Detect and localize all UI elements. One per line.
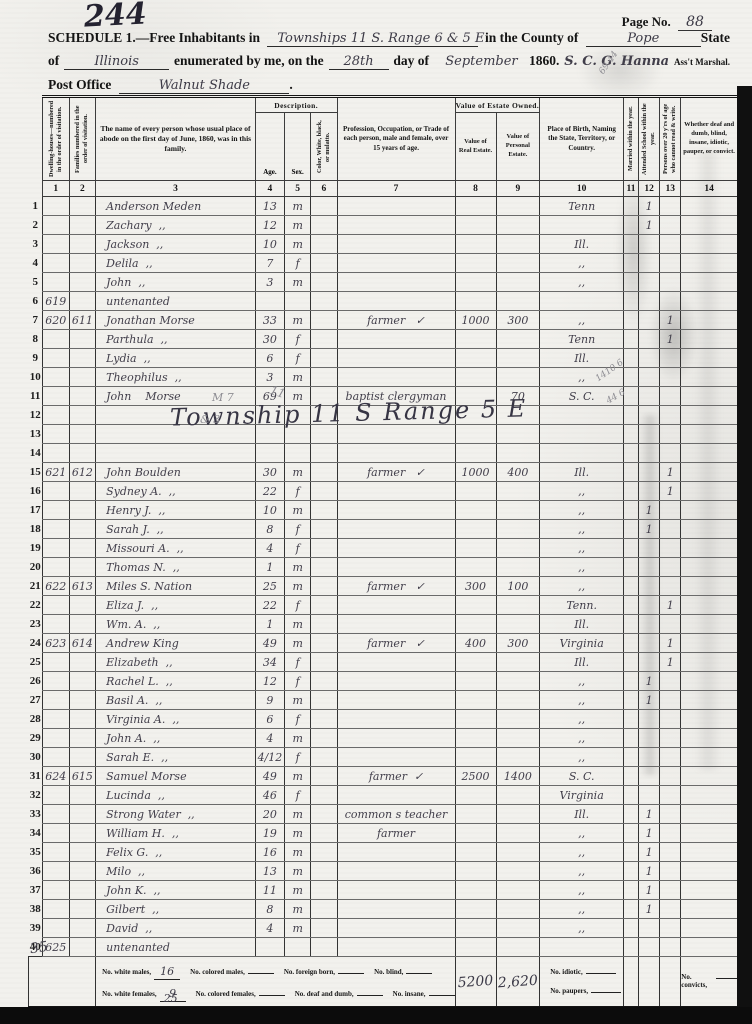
cell-name: Henry J. ,, — [96, 501, 256, 520]
cell-age: 33 — [255, 311, 284, 330]
cell-cannot-read-write — [660, 729, 681, 748]
footer-summary-row: No. white males,16No. colored males,No. … — [29, 957, 752, 1007]
marshal-title: Ass't Marshal. — [674, 57, 730, 67]
cell-birthplace: ,, — [540, 710, 624, 729]
cell-age: 16 — [255, 843, 284, 862]
cell-remarks — [681, 729, 738, 748]
cell-occupation — [337, 615, 455, 634]
table-row: 23Wm. A. ,,1mIll.23 — [29, 615, 752, 634]
cell-dwelling-number — [42, 653, 69, 672]
cell-birthplace: ,, — [540, 862, 624, 881]
cell-dwelling-number: 619 — [42, 292, 69, 311]
cell-name: Anderson Meden — [96, 197, 256, 216]
cell-married-within-year — [624, 653, 639, 672]
cell-family-number: 613 — [69, 577, 96, 596]
table-row: 22Eliza J. ,,22fTenn.122 — [29, 596, 752, 615]
cell-occupation — [337, 672, 455, 691]
cell-personal-estate: 300 — [496, 634, 540, 653]
cell-birthplace — [540, 425, 624, 444]
cell-dwelling-number — [42, 900, 69, 919]
cell-birthplace: Tenn — [540, 330, 624, 349]
cell-dwelling-number: 622 — [42, 577, 69, 596]
cell-real-estate — [455, 672, 496, 691]
cell-age: 46 — [255, 786, 284, 805]
cell-real-estate — [455, 729, 496, 748]
cell-family-number: 612 — [69, 463, 96, 482]
cell-family-number — [69, 539, 96, 558]
cell-family-number: 611 — [69, 311, 96, 330]
table-row: 34William H. ,,19mfarmer,,134 — [29, 824, 752, 843]
cell-attended-school — [639, 539, 660, 558]
row-number-left: 23 — [29, 615, 43, 634]
cell-birthplace — [540, 938, 624, 957]
cell-married-within-year — [624, 311, 639, 330]
cell-married-within-year — [624, 748, 639, 767]
cell-color — [311, 786, 337, 805]
cell-dwelling-number — [42, 235, 69, 254]
cell-birthplace: S. C. — [540, 767, 624, 786]
cell-sex: m — [285, 900, 311, 919]
cell-dwelling-number — [42, 558, 69, 577]
cell-attended-school: 1 — [639, 824, 660, 843]
cell-name: Jackson ,, — [96, 235, 256, 254]
cell-real-estate — [455, 273, 496, 292]
col-header-personal-estate: Value of Personal Estate. — [496, 113, 540, 181]
table-row: 1313 — [29, 425, 752, 444]
cell-name: Thomas N. ,, — [96, 558, 256, 577]
cell-real-estate: 1000 — [455, 463, 496, 482]
cell-personal-estate — [496, 786, 540, 805]
cell-occupation — [337, 558, 455, 577]
cell-family-number — [69, 292, 96, 311]
cell-real-estate — [455, 368, 496, 387]
table-row: 20Thomas N. ,,1m,,20 — [29, 558, 752, 577]
cell-family-number — [69, 900, 96, 919]
cell-name: Lucinda ,, — [96, 786, 256, 805]
table-row: 4Delila ,,7f,,4 — [29, 254, 752, 273]
cell-dwelling-number — [42, 406, 69, 425]
cell-married-within-year — [624, 938, 639, 957]
cell-birthplace: Ill. — [540, 349, 624, 368]
page-number-block: Page No. 88 — [622, 14, 712, 31]
cell-dwelling-number — [42, 254, 69, 273]
cell-color — [311, 235, 337, 254]
cell-personal-estate: 400 — [496, 463, 540, 482]
cell-color — [311, 653, 337, 672]
cell-age: 1 — [255, 615, 284, 634]
cell-dwelling-number — [42, 273, 69, 292]
cell-real-estate — [455, 197, 496, 216]
cell-family-number — [69, 444, 96, 463]
cell-married-within-year — [624, 425, 639, 444]
cell-color — [311, 805, 337, 824]
cell-family-number — [69, 824, 96, 843]
cell-family-number — [69, 349, 96, 368]
cell-age: 10 — [255, 501, 284, 520]
cell-cannot-read-write — [660, 235, 681, 254]
cell-dwelling-number: 624 — [42, 767, 69, 786]
cell-real-estate: 1000 — [455, 311, 496, 330]
cell-cannot-read-write — [660, 444, 681, 463]
cell-birthplace: Tenn. — [540, 596, 624, 615]
cell-age: 6 — [255, 349, 284, 368]
cell-cannot-read-write — [660, 558, 681, 577]
county-value: Pope — [586, 31, 701, 47]
footer-blank — [338, 973, 364, 974]
cell-occupation: baptist clergyman — [337, 387, 455, 406]
cell-personal-estate — [496, 292, 540, 311]
col-header-married: Married within the year. — [624, 97, 639, 181]
cell-attended-school — [639, 387, 660, 406]
cell-cannot-read-write — [660, 387, 681, 406]
table-row: 2Zachary ,,12m12 — [29, 216, 752, 235]
cell-color — [311, 273, 337, 292]
cell-personal-estate — [496, 425, 540, 444]
cell-name: Delila ,, — [96, 254, 256, 273]
cell-dwelling-number — [42, 425, 69, 444]
cell-dwelling-number — [42, 349, 69, 368]
cell-married-within-year — [624, 463, 639, 482]
cell-age — [255, 938, 284, 957]
cell-remarks — [681, 843, 738, 862]
row-number-left: 36 — [29, 862, 43, 881]
cell-cannot-read-write — [660, 748, 681, 767]
cell-remarks — [681, 577, 738, 596]
cell-sex: m — [285, 197, 311, 216]
cell-attended-school: 1 — [639, 900, 660, 919]
cell-sex: m — [285, 273, 311, 292]
cell-occupation — [337, 710, 455, 729]
convicts-blank — [716, 978, 737, 979]
cell-attended-school — [639, 349, 660, 368]
cell-attended-school: 1 — [639, 805, 660, 824]
cell-color — [311, 672, 337, 691]
row-number-left: 33 — [29, 805, 43, 824]
enumerated-label: enumerated by me, on the — [174, 53, 324, 69]
cell-dwelling-number — [42, 729, 69, 748]
cell-married-within-year — [624, 387, 639, 406]
row-number-left: 27 — [29, 691, 43, 710]
cell-married-within-year — [624, 330, 639, 349]
cell-birthplace: ,, — [540, 843, 624, 862]
cell-name: Felix G. ,, — [96, 843, 256, 862]
cell-cannot-read-write — [660, 938, 681, 957]
cell-birthplace: ,, — [540, 729, 624, 748]
cell-birthplace: Ill. — [540, 653, 624, 672]
cell-attended-school: 1 — [639, 216, 660, 235]
cell-sex: m — [285, 729, 311, 748]
cell-remarks — [681, 862, 738, 881]
cell-name: Andrew King — [96, 634, 256, 653]
cell-real-estate — [455, 900, 496, 919]
cell-attended-school: 1 — [639, 672, 660, 691]
table-row: 8Parthula ,,30fTenn18 — [29, 330, 752, 349]
cell-real-estate: 300 — [455, 577, 496, 596]
cell-remarks — [681, 444, 738, 463]
cell-attended-school — [639, 463, 660, 482]
cell-attended-school — [639, 444, 660, 463]
cell-remarks — [681, 501, 738, 520]
row-number-left: 32 — [29, 786, 43, 805]
cell-family-number — [69, 387, 96, 406]
cell-remarks — [681, 672, 738, 691]
cell-married-within-year — [624, 482, 639, 501]
cell-sex — [285, 938, 311, 957]
cell-name — [96, 444, 256, 463]
table-row: 3Jackson ,,10mIll.3 — [29, 235, 752, 254]
scanned-census-page: 244 Page No. 88 SCHEDULE 1.—Free Inhabit… — [0, 0, 752, 1024]
of-word: of — [48, 53, 59, 69]
table-row: 24623614Andrew King49mfarmer ✓400300Virg… — [29, 634, 752, 653]
cell-married-within-year — [624, 444, 639, 463]
cell-married-within-year — [624, 501, 639, 520]
cell-color — [311, 577, 337, 596]
row-number-left: 40 — [29, 938, 43, 957]
row-number-left: 6 — [29, 292, 43, 311]
row-number-left: 5 — [29, 273, 43, 292]
cell-family-number — [69, 805, 96, 824]
cell-real-estate: 2500 — [455, 767, 496, 786]
cell-remarks — [681, 748, 738, 767]
cell-birthplace: ,, — [540, 520, 624, 539]
page-no-label: Page No. — [622, 14, 671, 29]
table-row: 7620611Jonathan Morse33mfarmer ✓1000300,… — [29, 311, 752, 330]
footer-convicts: No. convicts, — [681, 957, 738, 1007]
cell-sex — [285, 292, 311, 311]
cell-family-number — [69, 862, 96, 881]
census-rows: 1Anderson Meden13mTenn112Zachary ,,12m12… — [29, 197, 752, 957]
cell-sex: m — [285, 881, 311, 900]
cell-name: Eliza J. ,, — [96, 596, 256, 615]
column-number: 9 — [496, 181, 540, 197]
row-number-left: 4 — [29, 254, 43, 273]
cell-attended-school — [639, 330, 660, 349]
cell-family-number — [69, 425, 96, 444]
cell-married-within-year — [624, 596, 639, 615]
col-header-sex: Sex. — [285, 113, 311, 181]
cell-family-number — [69, 482, 96, 501]
footer-blank: 925 — [160, 983, 186, 1002]
cell-married-within-year — [624, 919, 639, 938]
group-header-estate: Value of Estate Owned. — [455, 97, 540, 113]
cell-married-within-year — [624, 577, 639, 596]
cell-real-estate — [455, 501, 496, 520]
cell-remarks — [681, 786, 738, 805]
cell-color — [311, 539, 337, 558]
cell-personal-estate — [496, 691, 540, 710]
cell-occupation: farmer ✓ — [337, 311, 455, 330]
cell-cannot-read-write — [660, 197, 681, 216]
cell-birthplace: ,, — [540, 501, 624, 520]
cell-attended-school: 1 — [639, 197, 660, 216]
cell-dwelling-number — [42, 482, 69, 501]
cell-birthplace: ,, — [540, 881, 624, 900]
row-number-left: 17 — [29, 501, 43, 520]
cell-dwelling-number — [42, 216, 69, 235]
page-no-value: 88 — [678, 14, 712, 31]
footer-label: No. insane, — [393, 990, 426, 998]
cell-attended-school — [639, 558, 660, 577]
row-number-left: 39 — [29, 919, 43, 938]
cell-family-number — [69, 330, 96, 349]
cell-color — [311, 691, 337, 710]
cell-attended-school — [639, 710, 660, 729]
cell-color — [311, 311, 337, 330]
cell-personal-estate — [496, 216, 540, 235]
cell-occupation — [337, 520, 455, 539]
cell-attended-school — [639, 235, 660, 254]
cell-cannot-read-write — [660, 900, 681, 919]
cell-real-estate: 400 — [455, 634, 496, 653]
cell-sex: m — [285, 805, 311, 824]
cell-name: Lydia ,, — [96, 349, 256, 368]
cell-personal-estate — [496, 938, 540, 957]
cell-color — [311, 406, 337, 425]
footer-running-total: 25 — [164, 992, 178, 1005]
cell-dwelling-number: 621 — [42, 463, 69, 482]
table-row: 33Strong Water ,,20mcommon s teacherIll.… — [29, 805, 752, 824]
cell-sex: f — [285, 349, 311, 368]
cell-birthplace: ,, — [540, 539, 624, 558]
cell-remarks — [681, 349, 738, 368]
footer-field: No. colored males, — [190, 968, 274, 976]
footer-label: No. colored females, — [196, 990, 256, 998]
cell-married-within-year — [624, 197, 639, 216]
cell-real-estate — [455, 482, 496, 501]
cell-remarks — [681, 216, 738, 235]
schedule-title: SCHEDULE 1.—Free Inhabitants in — [48, 30, 260, 46]
cell-family-number — [69, 501, 96, 520]
cell-name: Virginia A. ,, — [96, 710, 256, 729]
table-row: 40625untenanted40 — [29, 938, 752, 957]
table-row: 32Lucinda ,,46fVirginia32 — [29, 786, 752, 805]
footer-blank: 16 — [154, 961, 180, 980]
cell-married-within-year — [624, 558, 639, 577]
cell-age — [255, 406, 284, 425]
cell-sex: m — [285, 634, 311, 653]
col-header-school: Attended School within the year. — [639, 97, 660, 181]
month-value: September — [434, 54, 529, 69]
cell-age — [255, 444, 284, 463]
footer-blank — [248, 973, 274, 974]
column-number: 8 — [455, 181, 496, 197]
cell-real-estate — [455, 387, 496, 406]
cell-name — [96, 425, 256, 444]
cell-age: 13 — [255, 862, 284, 881]
row-number-left: 29 — [29, 729, 43, 748]
footer-label: No. foreign born, — [284, 968, 335, 976]
convicts-label: No. convicts, — [681, 973, 712, 989]
cell-occupation — [337, 425, 455, 444]
cell-cannot-read-write — [660, 501, 681, 520]
scan-edge-band-bottom — [0, 1007, 752, 1024]
cell-remarks — [681, 881, 738, 900]
footer-blank — [586, 973, 616, 974]
row-number-left: 25 — [29, 653, 43, 672]
footer-field: No. paupers, — [550, 987, 623, 995]
cell-color — [311, 444, 337, 463]
row-number-left: 30 — [29, 748, 43, 767]
cell-attended-school — [639, 292, 660, 311]
cell-dwelling-number — [42, 197, 69, 216]
cell-real-estate — [455, 216, 496, 235]
cell-name — [96, 406, 256, 425]
cell-married-within-year — [624, 862, 639, 881]
cell-remarks — [681, 368, 738, 387]
cell-real-estate — [455, 292, 496, 311]
cell-age: 20 — [255, 805, 284, 824]
cell-name: Strong Water ,, — [96, 805, 256, 824]
cell-occupation: farmer ✓ — [337, 577, 455, 596]
cell-birthplace: ,, — [540, 311, 624, 330]
cell-attended-school — [639, 425, 660, 444]
cell-birthplace — [540, 444, 624, 463]
cell-occupation — [337, 368, 455, 387]
table-row: 31624615Samuel Morse49mfarmer ✓25001400S… — [29, 767, 752, 786]
cell-sex: m — [285, 463, 311, 482]
cell-age: 10 — [255, 235, 284, 254]
cell-cannot-read-write — [660, 919, 681, 938]
cell-personal-estate — [496, 919, 540, 938]
cell-birthplace: ,, — [540, 577, 624, 596]
table-row: 21622613Miles S. Nation25mfarmer ✓300100… — [29, 577, 752, 596]
cell-married-within-year — [624, 786, 639, 805]
cell-dwelling-number — [42, 539, 69, 558]
cell-real-estate — [455, 254, 496, 273]
cell-family-number — [69, 729, 96, 748]
post-office-label: Post Office — [48, 77, 111, 93]
cell-remarks — [681, 273, 738, 292]
cell-personal-estate — [496, 330, 540, 349]
column-number: 4 — [255, 181, 284, 197]
cell-family-number — [69, 558, 96, 577]
col-header-profession: Profession, Occupation, or Trade of each… — [337, 97, 455, 181]
cell-real-estate — [455, 710, 496, 729]
cell-remarks — [681, 938, 738, 957]
cell-color — [311, 615, 337, 634]
cell-attended-school — [639, 938, 660, 957]
cell-occupation — [337, 197, 455, 216]
column-number: 2 — [69, 181, 96, 197]
row-number-left: 26 — [29, 672, 43, 691]
cell-family-number — [69, 843, 96, 862]
footer-label: No. idiotic, — [550, 968, 582, 976]
cell-married-within-year — [624, 824, 639, 843]
cell-age: 3 — [255, 273, 284, 292]
cell-remarks — [681, 653, 738, 672]
cell-dwelling-number: 625 — [42, 938, 69, 957]
cell-birthplace: Virginia — [540, 786, 624, 805]
cell-cannot-read-write — [660, 292, 681, 311]
cell-married-within-year — [624, 672, 639, 691]
cell-attended-school — [639, 273, 660, 292]
cell-occupation — [337, 482, 455, 501]
cell-cannot-read-write — [660, 425, 681, 444]
cell-birthplace: ,, — [540, 482, 624, 501]
cell-personal-estate — [496, 710, 540, 729]
footer-field: No. colored females, — [196, 990, 285, 998]
cell-sex: m — [285, 387, 311, 406]
cell-sex: m — [285, 919, 311, 938]
schedule-title-line: SCHEDULE 1.—Free Inhabitants in Township… — [48, 30, 730, 47]
cell-real-estate — [455, 539, 496, 558]
table-row: 5John ,,3m,,5 — [29, 273, 752, 292]
cell-name: Milo ,, — [96, 862, 256, 881]
cell-name: Elizabeth ,, — [96, 653, 256, 672]
cell-birthplace: ,, — [540, 919, 624, 938]
cell-age: 4 — [255, 919, 284, 938]
table-header: Dwelling-houses—numbered in the order of… — [29, 97, 752, 197]
